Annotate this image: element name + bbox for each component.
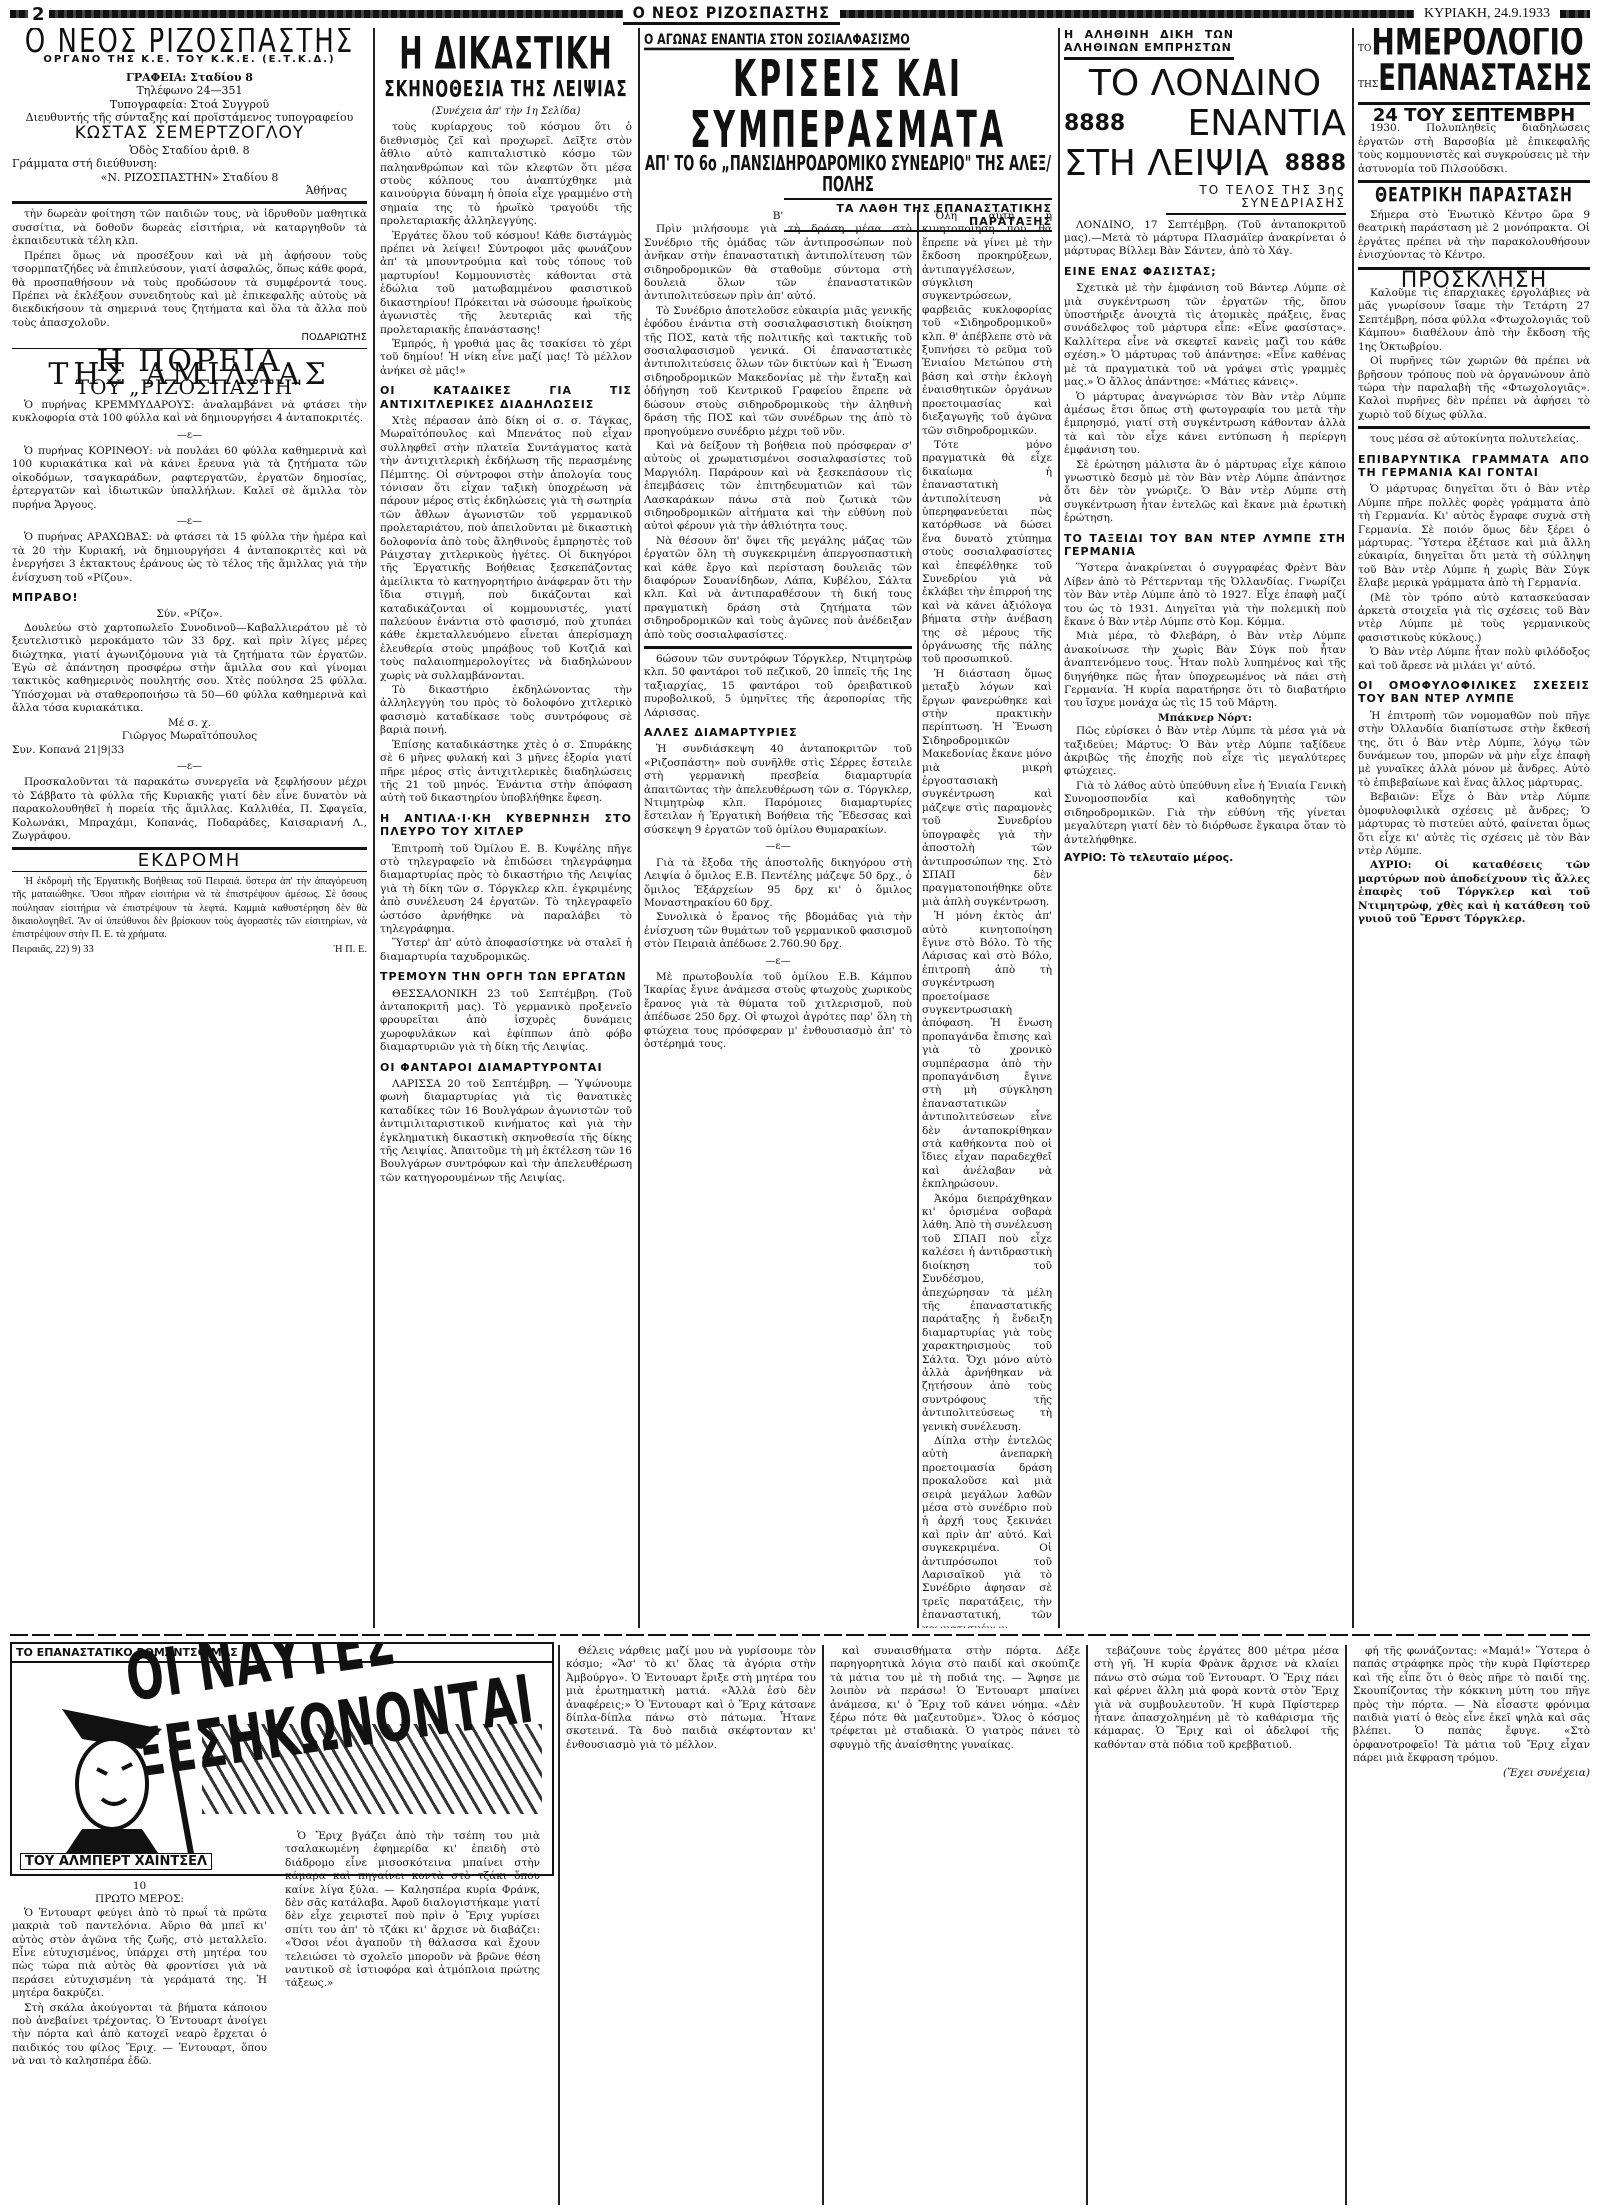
imprint-director-name: ΚΩΣΤΑΣ ΣΕΜΕΡΤΖΟΓΛΟΥ: [12, 127, 367, 140]
lead-subtitle: ΑΠ' ΤΟ 6ο „ΠΑΝΣΙΔΗΡΟΔΡΟΜΙΚΟ ΣΥΝΕΔΡΙΟ" ΤΗ…: [644, 154, 1052, 196]
article-text: (Μὲ τὸν τρόπο αὐτὸ κατασκεύασαν ἀρκετὰ σ…: [1358, 592, 1590, 646]
article-text: Καὶ νὰ δείξουν τὴ βοήθεια ποὺ πρόσφεραν …: [644, 440, 912, 534]
header-rule: [10, 10, 28, 18]
column-divider: [373, 28, 375, 1628]
imprint-letters-address: «Ν. ΡΙΖΟΣΠΑΣΤΗΝ» Σταδίου 8: [12, 171, 367, 184]
bravo-heading: ΜΠΡΑΒΟ!: [12, 591, 367, 604]
serial-column-5: τεβάζουνε τοὺς ἐργάτες 800 μέτρα μέσα στ…: [1094, 1645, 1339, 2205]
article-text: Νὰ θέσουν ὅπ' ὅψει τῆς μεγάλης μάζας τῶν…: [644, 535, 912, 642]
article-text: Ἐπιτροπὴ τοῦ Ὀμίλου Ε. Β. Κυψέλης πῆγε σ…: [380, 843, 632, 937]
article-text: τους μέσα σὲ αὐτοκίνητα πολυτελείας.: [1358, 433, 1590, 446]
section-heading: ΕΠΙΒΑΡΥΝΤΙΚΑ ΓΡΑΜΜΑΤΑ ΑΠΟ ΤΗ ΓΕΡΜΑΝΙΑ ΚΑ…: [1358, 453, 1590, 480]
continued-note: (Συνέχεια ἀπ' τὴν 1η Σελίδα): [380, 105, 632, 118]
header-rule: [49, 10, 623, 18]
tomorrow-note: ΑΥΡΙΟ: Οἱ καταθέσεις τῶν μαρτύρων ποὺ ἀπ…: [1358, 859, 1590, 926]
header-rule: [840, 10, 1414, 18]
column-6: ΤΟ ΗΜΕΡΟΛΟΓΙΟ ΤΗΣ ΕΠΑΝΑΣΤΑΣΗΣ 24 ΤΟΥ ΣΕΠ…: [1358, 28, 1590, 1628]
column-divider: [822, 1645, 824, 2205]
article-text: Σὲ ἐρώτηση μάλιστα ἂν ὁ μάρτυρας εἶχε κά…: [1064, 459, 1346, 526]
serial-column-2: Ὁ Ἔριχ βγάζει ἀπὸ τὴν τσέπη του μιὰ τσαλ…: [285, 1830, 540, 2200]
article-text: Πρέπει ὅμως νὰ προσέξουν καὶ νὰ μὴ ἀφήσο…: [12, 250, 367, 330]
imprint-title: Ο ΝΕΟΣ ΡΙΖΟΣΠΑΣΤΗΣ: [12, 34, 367, 51]
column-3: Β' Πρὶν μιλήσουμε γιὰ τὴ δράση μέσα στὸ …: [644, 210, 912, 1628]
masthead: Ο ΝΕΟΣ ΡΙΖΟΣΠΑΣΤΗΣ: [623, 3, 840, 25]
article-text: Ὅλη αὐτὴ ἡ κινητοποίηση ποὺ θὰ ἔπρεπε νὰ…: [922, 210, 1052, 438]
speaker-label: Μπάκνερ Νόρτ:: [1064, 712, 1346, 725]
part-marker: Β': [644, 210, 912, 223]
article-text: Βεβαιῶν: Εἶχε ὁ Βὰν ντὲρ Λύμπε ὁμοφυλοφι…: [1358, 791, 1590, 858]
column-divider: [1086, 1645, 1088, 2205]
column-divider: [558, 1645, 560, 2205]
continued-note: (Ἔχει συνέχεια): [1353, 1767, 1590, 1780]
bravo-salutation: Σύν. «Ρίζο».: [12, 608, 367, 621]
section-heading: ΟΙ ΚΑΤΑΔΙΚΕΣ ΓΙΑ ΤΙΣ ΑΝΤΙΧΙΤΛΕΡΙΚΕΣ ΔΙΑΔ…: [380, 384, 632, 411]
bravo-signature-name: Γιῶργος Μωραϊτόπουλος: [12, 730, 367, 743]
section-heading: ΤΡΕΜΟΥΝ ΤΗΝ ΟΡΓΗ ΤΩΝ ΕΡΓΑΤΩΝ: [380, 970, 632, 983]
article-text: Ὕστερα ἀνακρίνεται ὁ συγγραφέας Φρὲντ Βὰ…: [1064, 562, 1346, 629]
section-heading: Η ΑΝΤΙΛΑ·Ι·ΚΗ ΚΥΒΕΡΝΗΣΗ ΣΤΟ ΠΛΕΥΡΟ ΤΟΥ Χ…: [380, 812, 632, 839]
theatre-heading: ΘΕΑΤΡΙΚΗ ΠΑΡΑΣΤΑΣΗ: [1358, 186, 1590, 206]
invitation-heading: ΠΡΟΣΚΛΗΣΗ: [1358, 274, 1590, 287]
column-divider: [638, 28, 640, 1628]
article-text: Δίπλα στὴν ἐντελῶς αὐτὴ ἀνεπαρκὴ προετοι…: [922, 1435, 1052, 1628]
separator: —ε—: [644, 840, 912, 853]
column-2: Η ΔΙΚΑΣΤΙΚΗ ΣΚΗΝΟΘΕΣΙΑ ΤΗΣ ΛΕΙΨΙΑΣ (Συνέ…: [380, 28, 632, 1628]
trial-title-line-2: ΣΚΗΝΟΘΕΣΙΑ ΤΗΣ ΛΕΙΨΙΑΣ: [380, 78, 632, 101]
section-heading: ΟΙ ΟΜΟΦΥΛΟΦΙΛΙΚΕΣ ΣΧΕΣΕΙΣ ΤΟΥ ΒΑΝ ΝΤΕΡ Λ…: [1358, 679, 1590, 706]
serial-column-4: καὶ συναισθήματα στὴν πόρτα. Δέξε παρηγο…: [830, 1645, 1080, 2205]
london-kicker: Η ΑΛΗΘΙΝΗ ΔΙΚΗ ΤΩΝ ΑΛΗΘΙΝΩΝ ΕΜΠΡΗΣΤΩΝ: [1064, 28, 1234, 60]
serial-wave-divider: [10, 1630, 1590, 1640]
article-text: Ἐμπρός, ἡ γροθιά μας ἂς τσακίσει τὸ χέρι…: [380, 338, 632, 378]
serial-text: Ὁ Ἐντουαρτ φεύγει ἀπὸ τὸ πρωΐ τὰ πρῶτα μ…: [12, 1907, 267, 2001]
article-text: 6ώσουν τῶν συντρόφων Τόργκλερ, Ντιμητρὼφ…: [644, 653, 912, 720]
london-title-line-3: ΣΤΗ ΛΕΙΨΙΑ 8888: [1064, 144, 1346, 184]
column-4: Ὅλη αὐτὴ ἡ κινητοποίηση ποὺ θὰ ἔπρεπε νὰ…: [922, 210, 1052, 1628]
article-text: Ἐργάτες ὅλου τοῦ κόσμου! Κάθε διστάγμὸς …: [380, 230, 632, 337]
article-text: ΘΕΣΣΑΛΟΝΙΚΗ 23 τοῦ Σεπτέμβρη. (Τοῦ ἀνταπ…: [380, 988, 632, 1055]
article-text: Μιὰ μέρα, τὸ Φλεβάρη, ὁ Βὰν ντὲρ Λύμπε ἀ…: [1064, 630, 1346, 710]
bravo-date: Συν. Κοπανά 21|9|33: [12, 744, 367, 757]
article-text: Πρὶν μιλήσουμε γιὰ τὴ δράση μέσα στὸ Συν…: [644, 223, 912, 303]
tomorrow-note: ΑΥΡΙΟ: Τὸ τελευταῖο μέρος.: [1064, 851, 1346, 864]
calendar-title-prefix: ΤΗΣ: [1358, 79, 1378, 92]
excursion-footer: Πειραιᾶς, 22) 9) 33 Ἡ Π. Ε.: [12, 943, 367, 956]
serial-text: φή τῆς φωνάζοντας: «Μαμά!» Ὕστερα ὁ παπά…: [1353, 1645, 1590, 1766]
article-text: Προσκαλοῦνται τὰ παρακάτω συνεργεῖα νὰ ξ…: [12, 776, 367, 843]
article-text: Πῶς εὑρίσκει ὁ Βὰν ντὲρ Λύμπε τὰ μέσα γι…: [1064, 725, 1346, 779]
separator: —ε—: [12, 760, 367, 773]
ornament-icon: 8888: [1285, 144, 1346, 184]
imprint-director-label: Διευθυντής τῆς σύνταξης καί προϊστάμενος…: [12, 111, 367, 124]
article-text: Ἡ ἐκδρομὴ τῆς Ἐργατικῆς Βοήθειας τοῦ Πει…: [12, 875, 367, 942]
column-divider: [917, 210, 919, 1628]
separator: —ε—: [12, 429, 367, 442]
article-text: Ὕστερ' ἀπ' αὐτὸ ἀποφασίστηκε νὰ σταλεῖ ἡ…: [380, 937, 632, 964]
article-text: Δουλεύω στὸ χαρτοπωλεῖο Συνοδινοῦ—Καβαλλ…: [12, 622, 367, 716]
serial-text: Ὁ Ἔριχ βγάζει ἀπὸ τὴν τσέπη του μιὰ τσαλ…: [285, 1830, 540, 1991]
separator: —ε—: [644, 955, 912, 968]
article-text: Οἱ πυρῆνες τῶν χωριῶν θὰ πρέπει νὰ βρῆσο…: [1358, 355, 1590, 422]
serial-column-1: 10 ΠΡΩΤΟ ΜΕΡΟΣ: Ὁ Ἐντουαρτ φεύγει ἀπὸ τὸ…: [12, 1880, 267, 2200]
page-number: 2: [28, 4, 49, 25]
imprint-printing: Τυπογραφεία: Στοά Συγγροῦ: [12, 98, 367, 111]
london-subhead: ΤΟ ΤΕΛΟΣ ΤΗΣ 3ης ΣΥΝΕΔΡΙΑΣΗΣ: [1166, 184, 1346, 215]
section-rule: [644, 646, 912, 649]
article-text: Ὁ πυρήνας ΚΡΕΜΜΥΔΑΡΟΥΣ: ἀναλαμβάνει νὰ φ…: [12, 399, 367, 426]
london-title-line-1: ΤΟ ΛΟΝΔΙΝΟ: [1064, 64, 1346, 104]
article-text: ΛΑΡΙΣΣΑ 20 τοῦ Σεπτέμβρη. — Ὑψώνουμε φων…: [380, 1078, 632, 1185]
page-header-bar: 2 Ο ΝΕΟΣ ΡΙΖΟΣΠΑΣΤΗΣ ΚΥΡΙΑΚΗ, 24.9.1933: [10, 6, 1590, 22]
excursion-signature: Ἡ Π. Ε.: [333, 943, 367, 956]
imprint-phone: Τηλέφωνο 24—351: [12, 84, 367, 97]
column-5: Η ΑΛΗΘΙΝΗ ΔΙΚΗ ΤΩΝ ΑΛΗΘΙΝΩΝ ΕΜΠΡΗΣΤΩΝ ΤΟ…: [1064, 28, 1346, 1628]
section-heading: ΕΙΝΕ ΕΝΑΣ ΦΑΣΙΣΤΑΣ;: [1064, 265, 1346, 278]
column-divider: [1058, 28, 1060, 1628]
article-text: Ὁ πυρήνας ΑΡΑΧΩΒΑΣ: νὰ φτάσει τὰ 15 φύλλ…: [12, 531, 367, 585]
newspaper-page: 2 Ο ΝΕΟΣ ΡΙΖΟΣΠΑΣΤΗΣ ΚΥΡΙΑΚΗ, 24.9.1933 …: [0, 0, 1600, 2208]
lead-title: ΚΡΙΣΕΙΣ ΚΑΙ ΣΥΜΠΕΡΑΣΜΑΤΑ: [644, 55, 1052, 157]
article-text: Ἡ μόνη ἐκτὸς ἀπ' αὐτὸ κινητοποίηση ἔγινε…: [922, 910, 1052, 1192]
serial-column-3: Θέλεις νάρθεις μαζί μου νὰ γυρίσουμε τὸν…: [566, 1645, 816, 2205]
excursion-heading: ΕΚΔΡΟΜΗ: [12, 854, 367, 867]
serial-text: τεβάζουνε τοὺς ἐργάτες 800 μέτρα μέσα στ…: [1094, 1645, 1339, 1752]
column-1: Ο ΝΕΟΣ ΡΙΖΟΣΠΑΣΤΗΣ ΟΡΓΑΝΟ ΤΗΣ Κ.Ε. ΤΟΥ Κ…: [12, 28, 367, 1628]
lead-headline-block: Ο ΑΓΩΝΑΣ ΕΝΑΝΤΙΑ ΣΤΟΝ ΣΟΣΙΑΛΦΑΣΙΣΜΟ ΚΡΙΣ…: [644, 28, 1052, 208]
header-rule: [1560, 10, 1590, 18]
article-text: Τὸ Συνέδριο ἀποτελοῦσε εὐκαιρία μιᾶς γεν…: [644, 305, 912, 439]
trial-title-line-1: Η ΔΙΚΑΣΤΙΚΗ: [380, 32, 632, 77]
article-text: τὴν δωρεὰν φοίτηση τῶν παιδιῶν τους, νὰ …: [12, 208, 367, 248]
column-divider: [1345, 1645, 1347, 2205]
calendar-date-heading: 24 ΤΟΥ ΣΕΠΤΕΜΒΡΗ: [1358, 109, 1590, 122]
bravo-signature: Μέ σ. χ.: [12, 717, 367, 730]
calendar-title-prefix: ΤΟ: [1358, 43, 1371, 56]
article-text: τοὺς κυρίαρχους τοῦ κόσμου ὅτι ὁ διεθνισ…: [380, 121, 632, 228]
article-text: Ἀκόμα διεπράχθηκαν κι' ὁρισμένα σοβαρὰ λ…: [922, 1193, 1052, 1434]
article-text: Ἐπίσης καταδικάστηκε χτὲς ὁ σ. Σπυράκης …: [380, 739, 632, 806]
london-title-line-2: 8888 ΕΝΑΝΤΙΑ: [1064, 104, 1346, 144]
imprint-address: Ὁδὸς Σταδίου ἀριθ. 8: [12, 144, 367, 157]
article-text: ΛΟΝΔΙΝΟ, 17 Σεπτέμβρη. (Τοῦ ἀνταποκριτοῦ…: [1064, 219, 1346, 259]
article-text: Μὲ πρωτοβουλία τοῦ ὁμίλου Ε.Β. Κάμπου Ἰκ…: [644, 971, 912, 1051]
imprint-letters-label: Γράμματα στή διεύθυνση:: [12, 157, 367, 170]
article-text: Ὁ μάρτυρας διηγεῖται ὅτι ὁ Βὰν ντὲρ Λύμπ…: [1358, 483, 1590, 590]
article-text: Γιὰ τὰ ἔξοδα τῆς ἀποστολῆς δικηγόρου στὴ…: [644, 857, 912, 911]
article-text: Σχετικὰ μὲ τὴν ἐμφάνιση τοῦ Βάντερ Λύμπε…: [1064, 282, 1346, 389]
serial-column-6: φή τῆς φωνάζοντας: «Μαμά!» Ὕστερα ὁ παπά…: [1353, 1645, 1590, 2205]
serial-author: ΤΟΥ ΑΛΜΠΕΡΤ ΧΑΙΝΤΣΕΛ: [20, 1853, 212, 1870]
london-title-word: ΕΝΑΝΤΙΑ: [1188, 104, 1346, 144]
lead-kicker: Ο ΑΓΩΝΑΣ ΕΝΑΝΤΙΑ ΣΤΟΝ ΣΟΣΙΑΛΦΑΣΙΣΜΟ: [644, 31, 910, 51]
column-divider: [1352, 28, 1354, 1628]
serial-text: Στὴ σκάλα ἀκούγονται τὰ βήματα κάποιου π…: [12, 2002, 267, 2069]
section-heading: ΟΙ ΦΑΝΤΑΡΟΙ ΔΙΑΜΑΡΤΥΡΟΝΤΑΙ: [380, 1061, 632, 1074]
article-text: 1930. Πολυπληθεῖς διαδηλώσεις ἐργατῶν στ…: [1358, 122, 1590, 176]
section-rule: [12, 201, 367, 204]
article-text: Ἡ ἐπιτροπὴ τῶν νομομαθῶν ποὺ πῆγε στὴν Ὀ…: [1358, 710, 1590, 790]
section-rule: [1358, 180, 1590, 183]
article-text: Χτὲς πέρασαν ἀπὸ δίκη οἱ σ. σ. Τάγκας, Μ…: [380, 415, 632, 683]
calendar-title-line-2: ΤΗΣ ΕΠΑΝΑΣΤΑΣΗΣ: [1358, 66, 1590, 92]
serial-text: καὶ συναισθήματα στὴν πόρτα. Δέξε παρηγο…: [830, 1645, 1080, 1752]
article-text: Σήμερα στὸ Ἐνωτικὸ Κέντρο ὥρα 9 θεατρικὴ…: [1358, 209, 1590, 263]
calendar-title-line-1: ΤΟ ΗΜΕΡΟΛΟΓΙΟ: [1358, 28, 1590, 56]
article-text: Ὁ Βὰν ντὲρ Λύμπε ἦταν πολὺ φιλόδοξος καὶ…: [1358, 646, 1590, 673]
section-heading: ΑΛΛΕΣ ΔΙΑΜΑΡΤΥΡΙΕΣ: [644, 726, 912, 739]
calendar-title-word: ΕΠΑΝΑΣΤΑΣΗΣ: [1378, 61, 1590, 97]
imprint-offices: ΓΡΑΦΕΙΑ: Σταδίου 8: [12, 71, 367, 84]
article-text: Ἡ συνδιάσκεψη 40 ἀνταποκριτῶν τοῦ «Ριζοσ…: [644, 743, 912, 837]
imprint-city: Ἀθήνας: [12, 184, 367, 197]
article-text: Ἡ διάσταση ὅμως μεταξὺ λόγων καὶ ἔργων φ…: [922, 668, 1052, 909]
calendar-title-word: ΗΜΕΡΟΛΟΓΙΟ: [1371, 28, 1583, 62]
london-title-word: ΣΤΗ ΛΕΙΨΙΑ: [1064, 144, 1269, 184]
article-text: Συνολικὰ ὁ ἔρανος τῆς βδομάδας γιὰ τὴν ἐ…: [644, 911, 912, 951]
serial-text: Θέλεις νάρθεις μαζί μου νὰ γυρίσουμε τὸν…: [566, 1645, 816, 1752]
article-text: Καλοῦμε τὶς ἐπαρχιακὲς ἐργολάβιες νὰ μᾶς…: [1358, 287, 1590, 354]
article-text: Γιὰ τὸ λάθος αὐτὸ ὑπεύθυνη εἶνε ἡ Ἐνιαία…: [1064, 780, 1346, 847]
article-text: Ὁ μάρτυρας ἀναγνώρισε τὸν Βὰν ντὲρ Λύμπε…: [1064, 391, 1346, 458]
ornament-icon: 8888: [1064, 104, 1125, 144]
issue-date: ΚΥΡΙΑΚΗ, 24.9.1933: [1414, 6, 1560, 22]
serial-part: ΠΡΩΤΟ ΜΕΡΟΣ:: [12, 1893, 267, 1906]
serial-chapter-number: 10: [12, 1880, 267, 1893]
section-heading: ΤΟ ΤΑΞΕΙΔΙ ΤΟΥ ΒΑΝ ΝΤΕΡ ΛΥΜΠΕ ΣΤΗ ΓΕΡΜΑΝ…: [1064, 532, 1346, 559]
excursion-date: Πειραιᾶς, 22) 9) 33: [12, 943, 94, 956]
article-signature: ΠΟΔΑΡΙΩΤΗΣ: [12, 331, 367, 344]
separator: —ε—: [12, 515, 367, 528]
article-text: Ὁ πυρήνας ΚΟΡΙΝΘΟΥ: νὰ πουλάει 60 φύλλα …: [12, 445, 367, 512]
article-text: Τὸ δικαστήριο ἐκδηλώνοντας τὴν ἀλληλεγγύ…: [380, 684, 632, 738]
article-text: Τότε μόνο πραγματικὰ θὰ εἶχε δικαίωμα ἡ …: [922, 439, 1052, 667]
section-rule: [1358, 426, 1590, 429]
